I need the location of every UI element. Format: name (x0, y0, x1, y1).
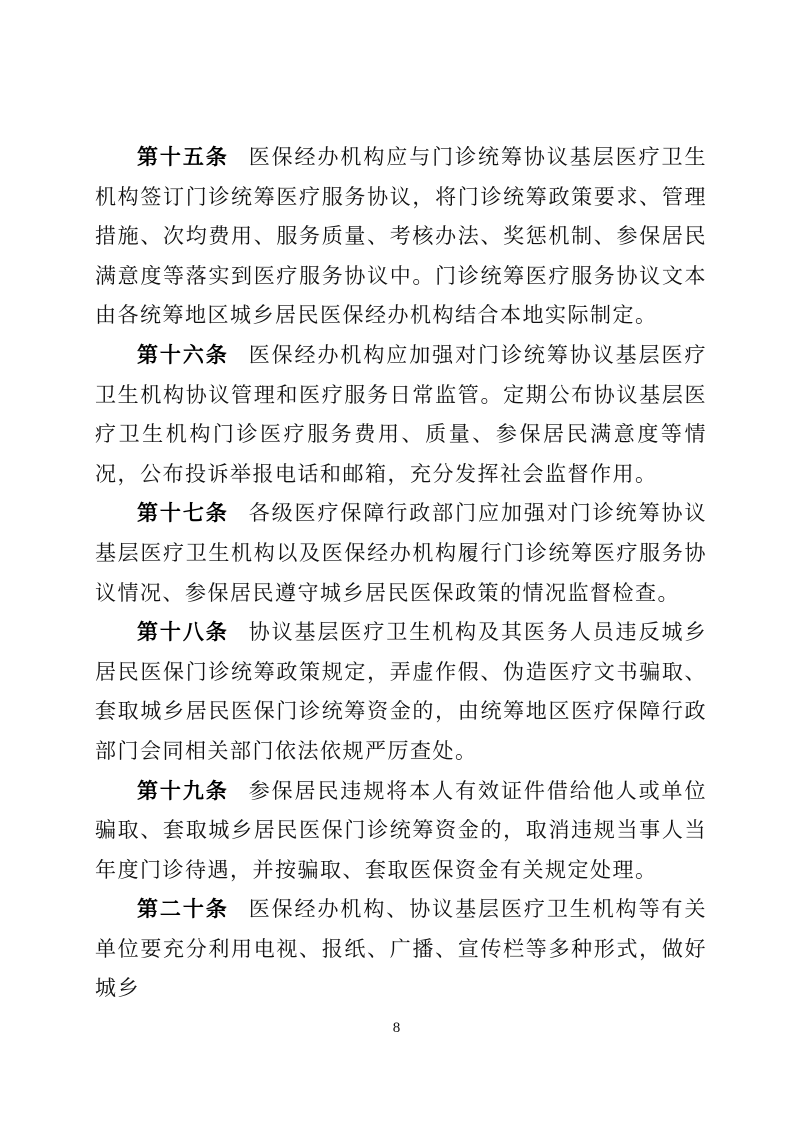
article-20: 第二十条医保经办机构、协议基层医疗卫生机构等有关单位要充分利用电视、报纸、广播、… (95, 890, 707, 1009)
article-16: 第十六条医保经办机构应加强对门诊统筹协议基层医疗卫生机构协议管理和医疗服务日常监… (95, 336, 707, 494)
article-19-number: 第十九条 (137, 779, 229, 803)
article-15: 第十五条医保经办机构应与门诊统筹协议基层医疗卫生机构签订门诊统筹医疗服务协议，将… (95, 138, 707, 336)
page-number-footer: 8 (0, 1020, 793, 1037)
document-page: 第十五条医保经办机构应与门诊统筹协议基层医疗卫生机构签订门诊统筹医疗服务协议，将… (0, 0, 793, 1122)
article-17: 第十七条各级医疗保障行政部门应加强对门诊统筹协议基层医疗卫生机构以及医保经办机构… (95, 494, 707, 613)
article-20-number: 第二十条 (137, 897, 229, 921)
article-18: 第十八条协议基层医疗卫生机构及其医务人员违反城乡居民医保门诊统筹政策规定，弄虚作… (95, 613, 707, 771)
article-15-text: 医保经办机构应与门诊统筹协议基层医疗卫生机构签订门诊统筹医疗服务协议，将门诊统筹… (95, 145, 707, 327)
article-17-number: 第十七条 (137, 501, 229, 525)
article-16-number: 第十六条 (137, 343, 229, 367)
article-18-number: 第十八条 (137, 620, 229, 644)
article-19: 第十九条参保居民违规将本人有效证件借给他人或单位骗取、套取城乡居民医保门诊统筹资… (95, 772, 707, 891)
article-15-number: 第十五条 (137, 145, 229, 169)
page-number: 8 (393, 1020, 401, 1036)
document-content: 第十五条医保经办机构应与门诊统筹协议基层医疗卫生机构签订门诊统筹医疗服务协议，将… (95, 138, 707, 1009)
